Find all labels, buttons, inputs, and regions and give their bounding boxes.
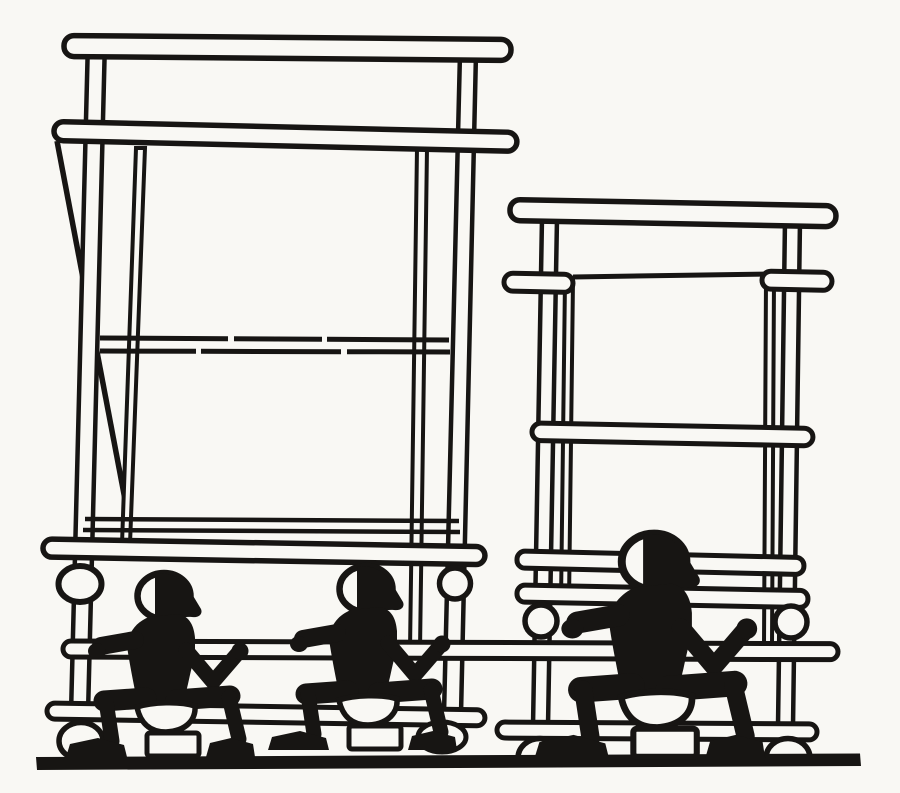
left-loom-low-rod-lower [83,530,460,532]
right-loom-right-finial-ball [775,606,807,638]
left-loom-low-rod-upper [85,519,459,521]
left-loom-left-finial-ball [59,566,102,602]
right-loom-right-stub-beam [762,271,832,290]
left-loom-top-beam [64,36,511,61]
right-loom-left-finial-ball [525,605,557,637]
left-loom-breast-beam [43,539,485,565]
left-loom-right-finial-ball [440,568,471,599]
left-loom-mid-rod-upper [100,338,449,340]
illustration-canvas [0,0,900,793]
right-loom-top-beam [510,200,836,227]
right-loom-cloth-beam [532,423,813,446]
left-loom-mid-rod-lower [100,351,450,352]
right-loom-left-stub-beam [504,273,573,292]
right-loom-cloth-top-edge [573,274,768,277]
